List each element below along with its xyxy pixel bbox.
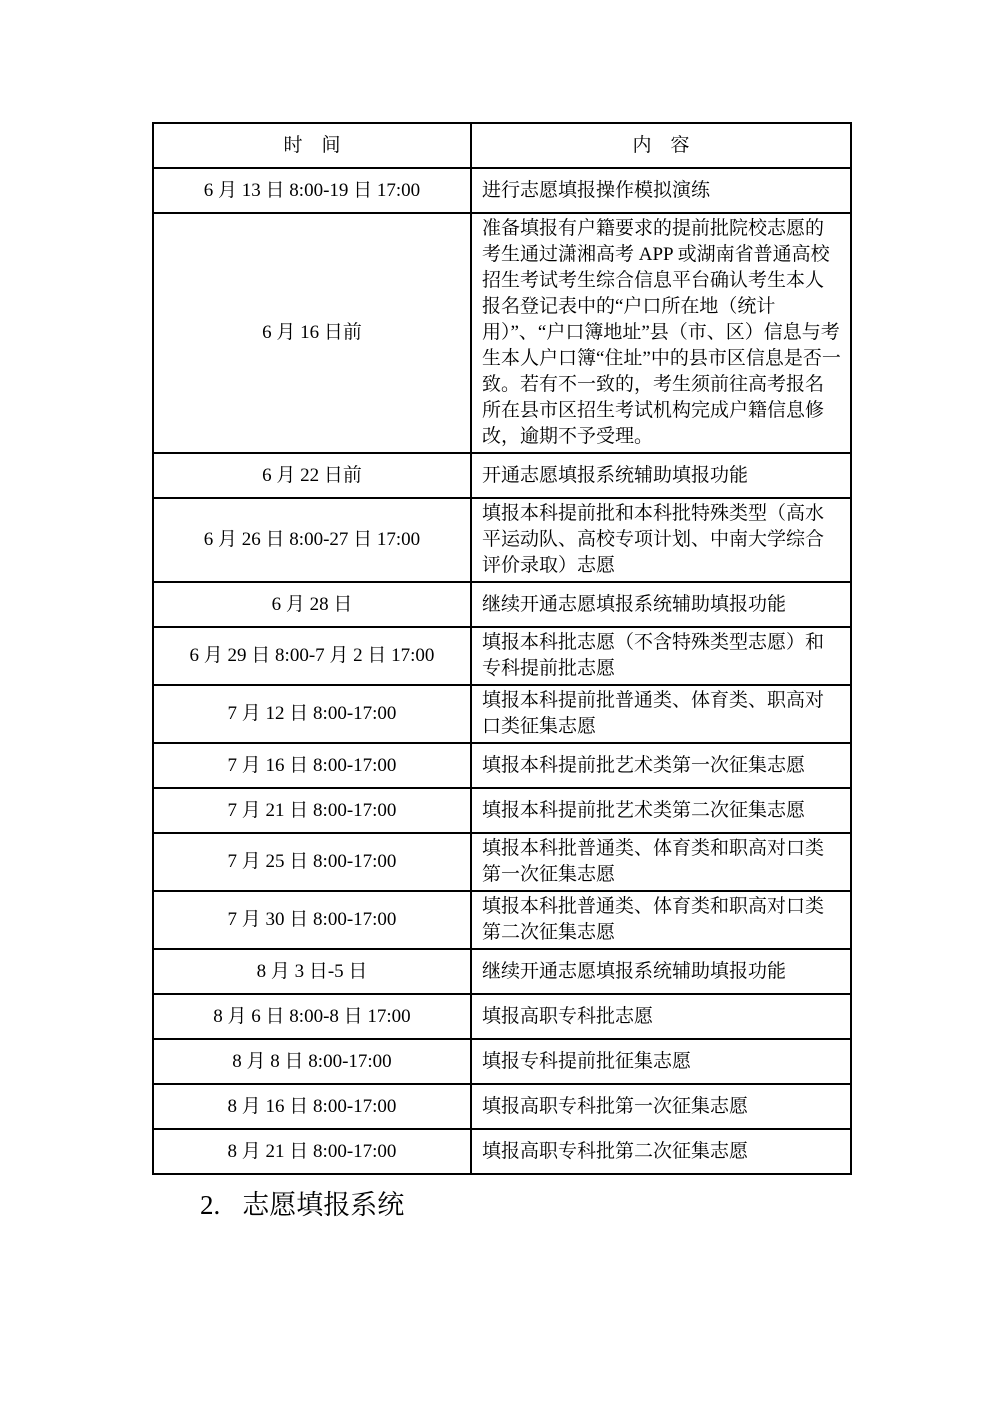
table-row: 8 月 8 日 8:00-17:00 填报专科提前批征集志愿: [153, 1039, 851, 1084]
table-row: 6 月 22 日前 开通志愿填报系统辅助填报功能: [153, 453, 851, 498]
content-cell: 填报专科提前批征集志愿: [471, 1039, 851, 1084]
time-cell: 6 月 29 日 8:00-7 月 2 日 17:00: [153, 627, 471, 685]
table-row: 7 月 12 日 8:00-17:00 填报本科提前批普通类、体育类、职高对口类…: [153, 685, 851, 743]
table-row: 6 月 26 日 8:00-27 日 17:00 填报本科提前批和本科批特殊类型…: [153, 498, 851, 582]
section-heading-title: 志愿填报系统: [242, 1190, 404, 1220]
table-row: 7 月 25 日 8:00-17:00 填报本科批普通类、体育类和职高对口类第一…: [153, 833, 851, 891]
table-row: 8 月 16 日 8:00-17:00 填报高职专科批第一次征集志愿: [153, 1084, 851, 1129]
table-row: 6 月 16 日前 准备填报有户籍要求的提前批院校志愿的考生通过潇湘高考 APP…: [153, 213, 851, 453]
content-cell: 继续开通志愿填报系统辅助填报功能: [471, 582, 851, 627]
content-cell: 准备填报有户籍要求的提前批院校志愿的考生通过潇湘高考 APP 或湖南省普通高校招…: [471, 213, 851, 453]
table-row: 8 月 6 日 8:00-8 日 17:00 填报高职专科批志愿: [153, 994, 851, 1039]
content-cell: 开通志愿填报系统辅助填报功能: [471, 453, 851, 498]
table-row: 6 月 13 日 8:00-19 日 17:00 进行志愿填报操作模拟演练: [153, 168, 851, 213]
section-heading-number: 2.: [200, 1188, 220, 1222]
time-cell: 8 月 21 日 8:00-17:00: [153, 1129, 471, 1174]
content-cell: 填报本科批普通类、体育类和职高对口类第一次征集志愿: [471, 833, 851, 891]
content-cell: 填报本科提前批普通类、体育类、职高对口类征集志愿: [471, 685, 851, 743]
time-cell: 6 月 26 日 8:00-27 日 17:00: [153, 498, 471, 582]
time-cell: 7 月 21 日 8:00-17:00: [153, 788, 471, 833]
time-cell: 6 月 28 日: [153, 582, 471, 627]
content-cell: 填报本科提前批和本科批特殊类型（高水平运动队、高校专项计划、中南大学综合评价录取…: [471, 498, 851, 582]
time-cell: 6 月 16 日前: [153, 213, 471, 453]
content-cell: 填报本科提前批艺术类第二次征集志愿: [471, 788, 851, 833]
table-row: 7 月 21 日 8:00-17:00 填报本科提前批艺术类第二次征集志愿: [153, 788, 851, 833]
content-cell: 进行志愿填报操作模拟演练: [471, 168, 851, 213]
time-cell: 6 月 22 日前: [153, 453, 471, 498]
section-heading: 2.志愿填报系统: [200, 1188, 404, 1222]
time-cell: 7 月 16 日 8:00-17:00: [153, 743, 471, 788]
time-cell: 7 月 25 日 8:00-17:00: [153, 833, 471, 891]
content-cell: 填报本科批普通类、体育类和职高对口类第二次征集志愿: [471, 891, 851, 949]
table-row: 6 月 28 日 继续开通志愿填报系统辅助填报功能: [153, 582, 851, 627]
time-cell: 6 月 13 日 8:00-19 日 17:00: [153, 168, 471, 213]
table-row: 8 月 21 日 8:00-17:00 填报高职专科批第二次征集志愿: [153, 1129, 851, 1174]
time-cell: 8 月 8 日 8:00-17:00: [153, 1039, 471, 1084]
time-column-header: 时 间: [153, 123, 471, 168]
time-cell: 8 月 3 日-5 日: [153, 949, 471, 994]
table-row: 7 月 16 日 8:00-17:00 填报本科提前批艺术类第一次征集志愿: [153, 743, 851, 788]
table-row: 7 月 30 日 8:00-17:00 填报本科批普通类、体育类和职高对口类第二…: [153, 891, 851, 949]
content-cell: 填报高职专科批志愿: [471, 994, 851, 1039]
document-page: 时 间 内 容 6 月 13 日 8:00-19 日 17:00 进行志愿填报操…: [0, 0, 1000, 1414]
content-cell: 继续开通志愿填报系统辅助填报功能: [471, 949, 851, 994]
content-cell: 填报高职专科批第一次征集志愿: [471, 1084, 851, 1129]
schedule-table: 时 间 内 容 6 月 13 日 8:00-19 日 17:00 进行志愿填报操…: [152, 122, 852, 1175]
content-cell: 填报本科批志愿（不含特殊类型志愿）和专科提前批志愿: [471, 627, 851, 685]
time-cell: 8 月 16 日 8:00-17:00: [153, 1084, 471, 1129]
content-column-header: 内 容: [471, 123, 851, 168]
content-cell: 填报高职专科批第二次征集志愿: [471, 1129, 851, 1174]
table-header-row: 时 间 内 容: [153, 123, 851, 168]
table-row: 8 月 3 日-5 日 继续开通志愿填报系统辅助填报功能: [153, 949, 851, 994]
content-cell: 填报本科提前批艺术类第一次征集志愿: [471, 743, 851, 788]
table-row: 6 月 29 日 8:00-7 月 2 日 17:00 填报本科批志愿（不含特殊…: [153, 627, 851, 685]
time-cell: 7 月 30 日 8:00-17:00: [153, 891, 471, 949]
time-cell: 8 月 6 日 8:00-8 日 17:00: [153, 994, 471, 1039]
time-cell: 7 月 12 日 8:00-17:00: [153, 685, 471, 743]
